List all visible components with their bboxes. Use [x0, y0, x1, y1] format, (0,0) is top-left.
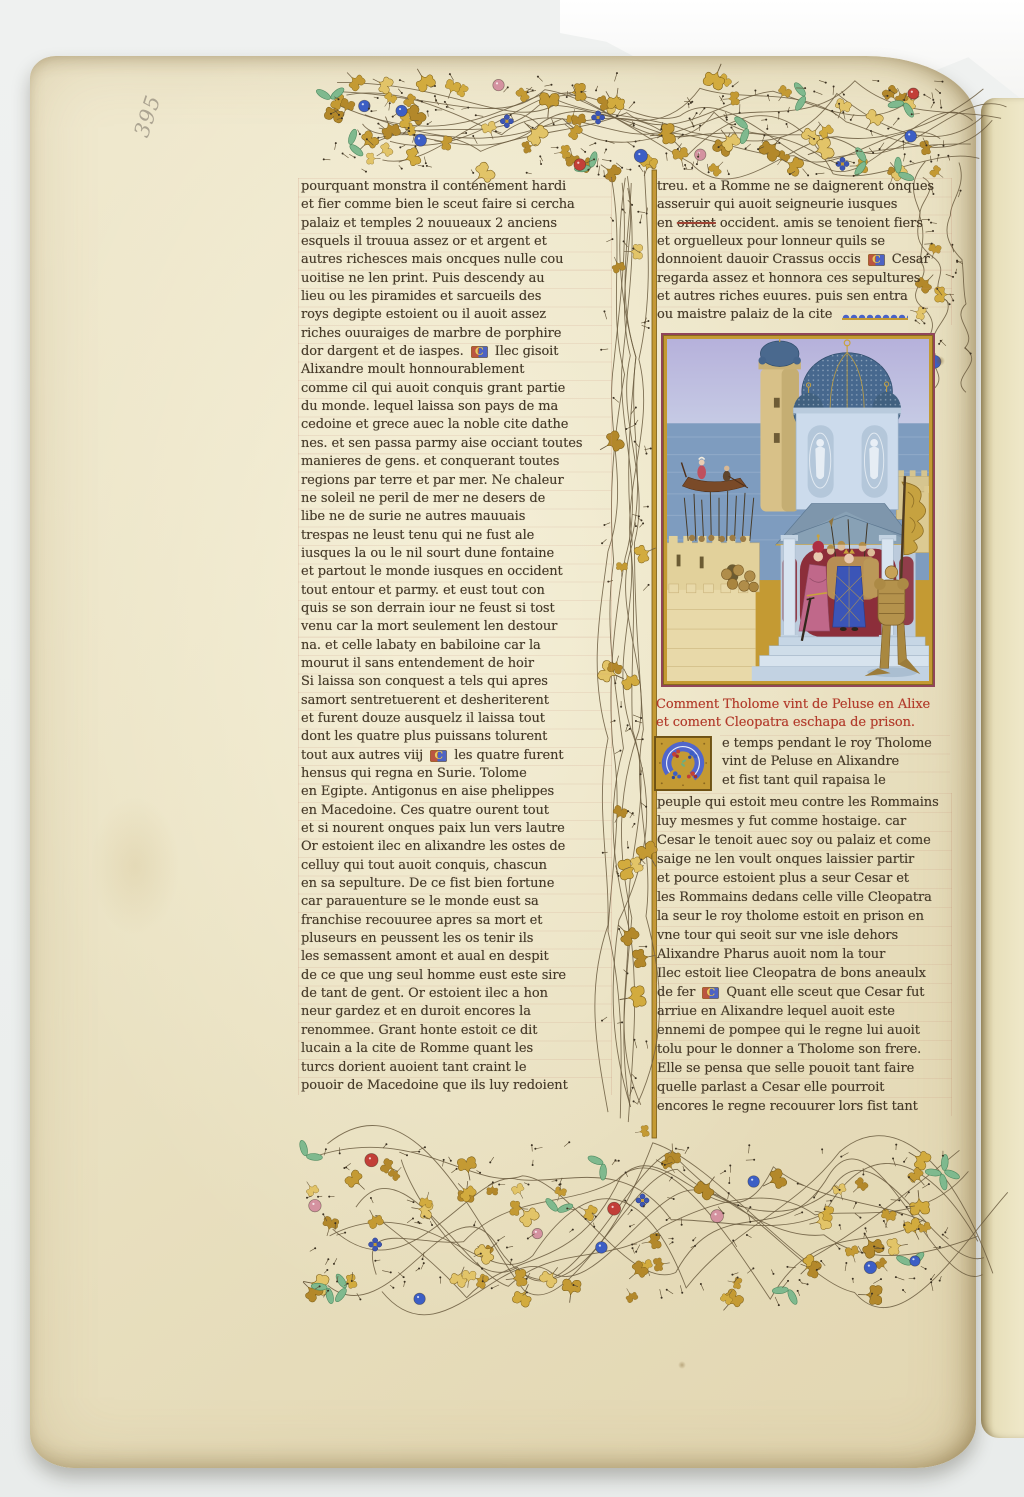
- text-line: samort sentretuerent et desheriterent: [301, 692, 609, 710]
- bottom-border-ornament: [308, 1142, 952, 1300]
- miniature-frame: [661, 333, 935, 687]
- text-line: donnoient dauoir Crassus occis C Cesar: [657, 251, 949, 269]
- text-line: riches ouuraiges de marbre de porphire: [301, 325, 609, 343]
- text-line: ne soleil ne peril de mer ne desers de: [301, 490, 609, 508]
- text-line: e temps pendant le roy Tholome: [722, 735, 948, 753]
- text-line: franchise recouuree apres sa mort et: [301, 912, 609, 930]
- text-line: Alixandre moult honnourablement: [301, 361, 609, 379]
- text-line: cedoine et grece auec la noble cite dath…: [301, 416, 609, 434]
- text-line: autres richesces mais oncques nulle cou: [301, 251, 609, 269]
- struck-word: orient: [677, 216, 716, 231]
- text-line: encores le regne recouurer lors fist tan…: [657, 1097, 949, 1116]
- text-line: du monde. lequel laissa son pays de ma: [301, 398, 609, 416]
- text-line: quelle parlast a Cesar elle pourroit: [657, 1078, 949, 1097]
- text-line: regions par terre et par mer. Ne chaleur: [301, 472, 609, 490]
- text-line: la seur le roy tholome estoit en prison …: [657, 907, 949, 926]
- text-line: car parauenture se le monde eust sa: [301, 893, 609, 911]
- text-line: lieu ou les piramides et sarcueils des: [301, 288, 609, 306]
- text-line: asseruir qui auoit seigneurie iusques: [657, 196, 949, 214]
- parchment-stain: [90, 796, 180, 936]
- text-line: ou maistre palaiz de la cite: [657, 306, 949, 324]
- text-line: les semassent amont et aual en despit: [301, 948, 609, 966]
- text-line: de ce que ung seul homme eust este sire: [301, 967, 609, 985]
- text-line: hensus qui regna en Surie. Tolome: [301, 765, 609, 783]
- text-line: trespas ne leust tenu qui ne fust ale: [301, 527, 609, 545]
- text-line: pouoir de Macedoine que ils luy redoient: [301, 1077, 609, 1095]
- text-line: de fer C Quant elle sceut que Cesar fut: [657, 983, 949, 1002]
- text-line: et fist tant quil rapaisa le: [722, 772, 948, 790]
- text-line: et coment Cleopatra eschapa de prison.: [656, 714, 948, 732]
- text-line: luy mesmes y fut comme hostaige. car: [657, 812, 949, 831]
- text-line: renommee. Grant honte estoit ce dit: [301, 1022, 609, 1040]
- right-text-column-body: peuple qui estoit meu contre les Rommain…: [654, 793, 952, 1116]
- text-line: treu. et a Romme ne se daignerent onques: [657, 178, 949, 196]
- text-line: manieres de gens. et conquerant toutes: [301, 453, 609, 471]
- text-line: vne tour qui seoit sur vne isle dehors: [657, 926, 949, 945]
- paragraph-mark: C: [702, 987, 719, 999]
- text-line: nes. et sen passa parmy aise occiant tou…: [301, 435, 609, 453]
- text-line: lucain a la cite de Romme quant les: [301, 1040, 609, 1058]
- text-line: regarda assez et honnora ces sepultures: [657, 270, 949, 288]
- text-line: celluy qui tout auoit conquis, chascun: [301, 857, 609, 875]
- pencil-folio-number: 395: [129, 92, 165, 140]
- miniature-painting: [667, 339, 929, 681]
- text-line: esquels il trouua assez or et argent et: [301, 233, 609, 251]
- text-line: tout aux autres viij C les quatre furent: [301, 747, 609, 765]
- text-line: peuple qui estoit meu contre les Rommain…: [657, 793, 949, 812]
- initial-paragraph: e temps pendant le roy Tholomevint de Pe…: [654, 735, 946, 793]
- right-text-column-top: treu. et a Romme ne se daignerent onques…: [654, 178, 952, 325]
- text-line: quis se son derrain iour ne feust si tos…: [301, 600, 609, 618]
- text-line: roys degipte estoient ou il auoit assez: [301, 306, 609, 324]
- text-line: mourut il sans entendement de hoir: [301, 655, 609, 673]
- parchment-stain: [678, 1361, 686, 1369]
- text-line: Comment Tholome vint de Peluse en Alixe: [656, 696, 948, 714]
- manuscript-page: 395 pourquant monstra il contenement har…: [30, 56, 976, 1468]
- text-line: palaiz et temples 2 nouueaux 2 anciens: [301, 215, 609, 233]
- text-line: neur gardez et en duroit encores la: [301, 1003, 609, 1021]
- text-line: et autres riches euures. puis sen entra: [657, 288, 949, 306]
- text-line: libe ne de surie ne autres mauuais: [301, 508, 609, 526]
- text-line: Or estoient ilec en alixandre les ostes …: [301, 838, 609, 856]
- text-line: pluseurs en peussent les os tenir ils: [301, 930, 609, 948]
- text-line: comme cil qui auoit conquis grant partie: [301, 380, 609, 398]
- text-line: na. et celle labaty en babiloine car la: [301, 637, 609, 655]
- text-line: vint de Peluse en Alixandre: [722, 753, 948, 771]
- illuminated-initial-C: [654, 736, 712, 791]
- text-line: les Rommains dedans celle ville Cleopatr…: [657, 888, 949, 907]
- text-line: pourquant monstra il contenement hardi: [301, 178, 609, 196]
- text-line: Elle se pensa que selle pouoit tant fair…: [657, 1059, 949, 1078]
- rubric: Comment Tholome vint de Peluse en Alixee…: [654, 696, 950, 733]
- text-line: et partout le monde iusques en occident: [301, 563, 609, 581]
- city-wall: [667, 536, 759, 681]
- text-line: arriue en Alixandre lequel auoit este: [657, 1002, 949, 1021]
- text-line: et si nourent onques paix lun vers lautr…: [301, 820, 609, 838]
- text-line: Si laissa son conquest a tels qui apres: [301, 673, 609, 691]
- text-line: ennemi de pompee qui le regne lui auoit: [657, 1021, 949, 1040]
- paragraph-mark: C: [868, 254, 885, 266]
- text-line: et fier comme bien le sceut faire si cer…: [301, 196, 609, 214]
- text-line: en orient occident. amis se tenoient fie…: [657, 215, 949, 233]
- text-line: dont les quatre plus puissans tolurent: [301, 728, 609, 746]
- top-border-ornament: [330, 80, 944, 174]
- line-filler: [842, 309, 908, 320]
- text-line: en Egipte. Antigonus en aise phelippes: [301, 783, 609, 801]
- initial-indented-lines: e temps pendant le roy Tholomevint de Pe…: [720, 735, 950, 790]
- text-line: iusques la ou le nil sourt dune fontaine: [301, 545, 609, 563]
- text-line: uoitise ne len print. Puis descendy au: [301, 270, 609, 288]
- text-line: et furent douze ausquelz il laissa tout: [301, 710, 609, 728]
- text-line: et orguelleux pour lonneur quils se: [657, 233, 949, 251]
- next-page-edge: [981, 98, 1024, 1438]
- text-line: de tant de gent. Or estoient ilec a hon: [301, 985, 609, 1003]
- text-line: Ilec estoit liee Cleopatra de bons aneau…: [657, 964, 949, 983]
- text-line: Cesar le tenoit auec soy ou palaiz et co…: [657, 831, 949, 850]
- text-line: tout entour et parmy. et eust tout con: [301, 582, 609, 600]
- text-line: saige ne len voult onques laissier parti…: [657, 850, 949, 869]
- text-line: turcs dorient auoient tant craint le: [301, 1059, 609, 1077]
- text-line: et pource estoient plus a seur Cesar et: [657, 869, 949, 888]
- text-line: dor dargent et de iaspes. C Ilec gisoit: [301, 343, 609, 361]
- paragraph-mark: C: [471, 346, 488, 358]
- text-line: Alixandre Pharus auoit nom la tour: [657, 945, 949, 964]
- text-line: en Macedoine. Ces quatre ourent tout: [301, 802, 609, 820]
- paragraph-mark: C: [430, 750, 447, 762]
- text-line: venu car la mort seulement len destour: [301, 618, 609, 636]
- text-line: tolu pour le donner a Tholome son frere.: [657, 1040, 949, 1059]
- text-line: en sa sepulture. De ce fist bien fortune: [301, 875, 609, 893]
- left-text-column: pourquant monstra il contenement hardiet…: [298, 178, 612, 1095]
